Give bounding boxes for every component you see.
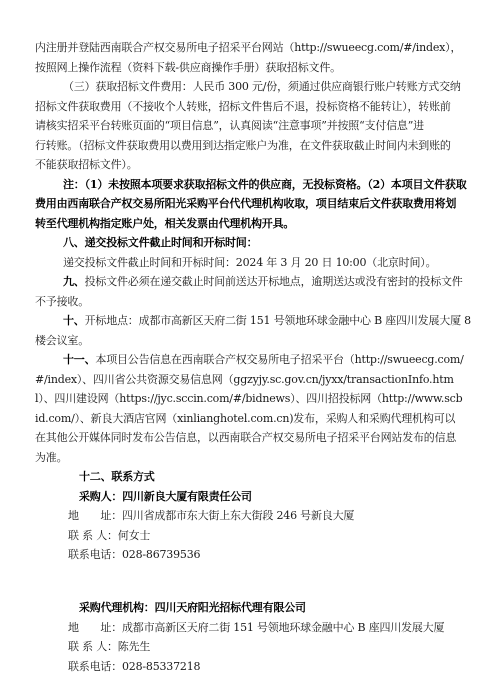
section-11-line-6: 为准。 [35, 448, 459, 468]
bold-text-segment: 十二、联系方式 [79, 470, 155, 483]
bold-text-segment: 转至代理机构指定账户处，相关发票由代理机构开具。 [35, 217, 294, 230]
purchaser-name: 采购人：四川新良大厦有限责任公司 [35, 487, 459, 507]
agency-phone: 联系电话：028-85337218 [35, 657, 459, 677]
line-register-website: 内注册并登陆西南联合产权交易所电子招采平台网站（http://swueecg.c… [35, 38, 459, 58]
section-9-line-1: 九、投标文件必须在递交截止时间前送达开标地点，逾期送达或没有密封的投标文件 [35, 272, 459, 292]
document-page: 内注册并登陆西南联合产权交易所电子招采平台网站（http://swueecg.c… [0, 0, 489, 697]
body-text-segment: 按照网上操作流程（资料下载-供应商操作手册）获取招标文件。 [35, 61, 341, 74]
body-text-segment: 不能获取招标文件）。 [35, 158, 138, 171]
bold-text-segment: 八、递交投标文件截止时间和开标时间： [63, 236, 257, 249]
body-text-segment: 联 系 人：陈先生 [68, 640, 150, 653]
body-text-segment: 地 址：成都市高新区天府二街 151 号领地环球金融中心 B 座四川发展大厦 [68, 621, 444, 634]
section-10-line-2: 楼会议室。 [35, 331, 459, 351]
purchaser-address: 地 址：四川省成都市东大街上东大街段 246 号新良大厦 [35, 506, 459, 526]
body-text-segment: 投标文件必须在递交截止时间前送达开标地点，逾期送达或没有密封的投标文件 [85, 275, 463, 288]
spacer [35, 565, 459, 585]
section-12-heading: 十二、联系方式 [35, 467, 459, 487]
bold-text-segment: 注：（1）未按照本项要求获取招标文件的供应商，无投标资格。（2）本项目文件获取 [63, 178, 467, 191]
line-item3-fee: （三）获取招标文件费用：人民币 300 元/份，须通过供应商银行账户转账方式交纳 [35, 77, 459, 97]
purchaser-phone: 联系电话：028-86739536 [35, 545, 459, 565]
line-fee-detail-1: 招标文件获取费用（不接收个人转账，招标文件售后不退，投标资格不能转让），转账前 [35, 97, 459, 117]
section-10-line-1: 十、开标地点：成都市高新区天府二街 151 号领地环球金融中心 B 座四川发展大… [35, 311, 459, 331]
section-9-line-2: 不予接收。 [35, 292, 459, 312]
purchaser-contact: 联 系 人：何女士 [35, 526, 459, 546]
body-text-segment: 联系电话：028-86739536 [68, 548, 200, 561]
body-text-segment: 招标文件获取费用（不接收个人转账，招标文件售后不退，投标资格不能转让），转账前 [35, 100, 451, 113]
body-text-segment: 开标地点：成都市高新区天府二街 151 号领地环球金融中心 B 座四川发展大厦 … [85, 314, 471, 327]
body-text-segment: 递交投标文件截止时间和开标时间：2024 年 3 月 20 日 10:00（北京… [63, 256, 436, 269]
body-text-segment: id.com/）、新良大酒店官网（xinlianghotel.com.cn)发布… [35, 412, 455, 425]
bold-text-segment: 九、 [63, 275, 85, 288]
body-text-segment: 在其他公开媒体同时发布公告信息，以西南联合产权交易所电子招采平台网站发布的信息 [35, 431, 456, 444]
document-body: 内注册并登陆西南联合产权交易所电子招采平台网站（http://swueecg.c… [35, 38, 459, 676]
body-text-segment: 为准。 [35, 451, 67, 464]
bold-text-segment: 采购人：四川新良大厦有限责任公司 [79, 490, 252, 503]
section-11-line-5: 在其他公开媒体同时发布公告信息，以西南联合产权交易所电子招采平台网站发布的信息 [35, 428, 459, 448]
line-fee-detail-2: 请核实招采平台转账页面的“项目信息”，认真阅读“注意事项”并按照“支付信息”进 [35, 116, 459, 136]
section-11-line-2: #/index）、四川省公共资源交易信息网（ggzyjy.sc.gov.cn/j… [35, 370, 459, 390]
line-note-3: 转至代理机构指定账户处，相关发票由代理机构开具。 [35, 214, 459, 234]
body-text-segment: 不予接收。 [35, 295, 89, 308]
line-fee-detail-4: 不能获取招标文件）。 [35, 155, 459, 175]
body-text-segment: 行转账。（招标文件获取费用以费用到达指定账户为准，在文件获取截止时间内未到账的 [35, 139, 451, 152]
section-11-line-1: 十一、本项目公告信息在西南联合产权交易所电子招采平台（http://swueec… [35, 350, 459, 370]
body-text-segment: 本项目公告信息在西南联合产权交易所电子招采平台（http://swueecg.c… [95, 353, 463, 366]
section-11-line-4: id.com/）、新良大酒店官网（xinlianghotel.com.cn)发布… [35, 409, 459, 429]
body-text-segment: 楼会议室。 [35, 334, 89, 347]
line-fee-detail-3: 行转账。（招标文件获取费用以费用到达指定账户为准，在文件获取截止时间内未到账的 [35, 136, 459, 156]
body-text-segment: l）、四川建设网（https://jyc.sccin.com/#/bidnews… [35, 392, 462, 405]
bold-text-segment: 十一、 [63, 353, 95, 366]
body-text-segment: 地 址：四川省成都市东大街上东大街段 246 号新良大厦 [68, 509, 354, 522]
body-text-segment: 联 系 人：何女士 [68, 529, 150, 542]
bold-text-segment: 费用由西南联合产权交易所阳光采购平台代代理机构收取，项目结束后文件获取费用将划 [35, 197, 456, 210]
line-note-1: 注：（1）未按照本项要求获取招标文件的供应商，无投标资格。（2）本项目文件获取 [35, 175, 459, 195]
body-text-segment: （三）获取招标文件费用：人民币 300 元/份，须通过供应商银行账户转账方式交纳 [63, 80, 461, 93]
agency-address: 地 址：成都市高新区天府二街 151 号领地环球金融中心 B 座四川发展大厦 [35, 618, 459, 638]
bold-text-segment: 十、 [63, 314, 85, 327]
line-obtain-procedure: 按照网上操作流程（资料下载-供应商操作手册）获取招标文件。 [35, 58, 459, 78]
body-text-segment: #/index）、四川省公共资源交易信息网（ggzyjy.sc.gov.cn/j… [35, 373, 454, 386]
line-deadline-time: 递交投标文件截止时间和开标时间：2024 年 3 月 20 日 10:00（北京… [35, 253, 459, 273]
section-11-line-3: l）、四川建设网（https://jyc.sccin.com/#/bidnews… [35, 389, 459, 409]
body-text-segment: 内注册并登陆西南联合产权交易所电子招采平台网站（http://swueecg.c… [35, 41, 461, 54]
body-text-segment: 联系电话：028-85337218 [68, 660, 200, 673]
section-8-heading: 八、递交投标文件截止时间和开标时间： [35, 233, 459, 253]
line-note-2: 费用由西南联合产权交易所阳光采购平台代代理机构收取，项目结束后文件获取费用将划 [35, 194, 459, 214]
agency-name: 采购代理机构：四川天府阳光招标代理有限公司 [35, 598, 459, 618]
bold-text-segment: 采购代理机构：四川天府阳光招标代理有限公司 [79, 601, 306, 614]
agency-contact: 联 系 人：陈先生 [35, 637, 459, 657]
body-text-segment: 请核实招采平台转账页面的“项目信息”，认真阅读“注意事项”并按照“支付信息”进 [35, 119, 424, 132]
